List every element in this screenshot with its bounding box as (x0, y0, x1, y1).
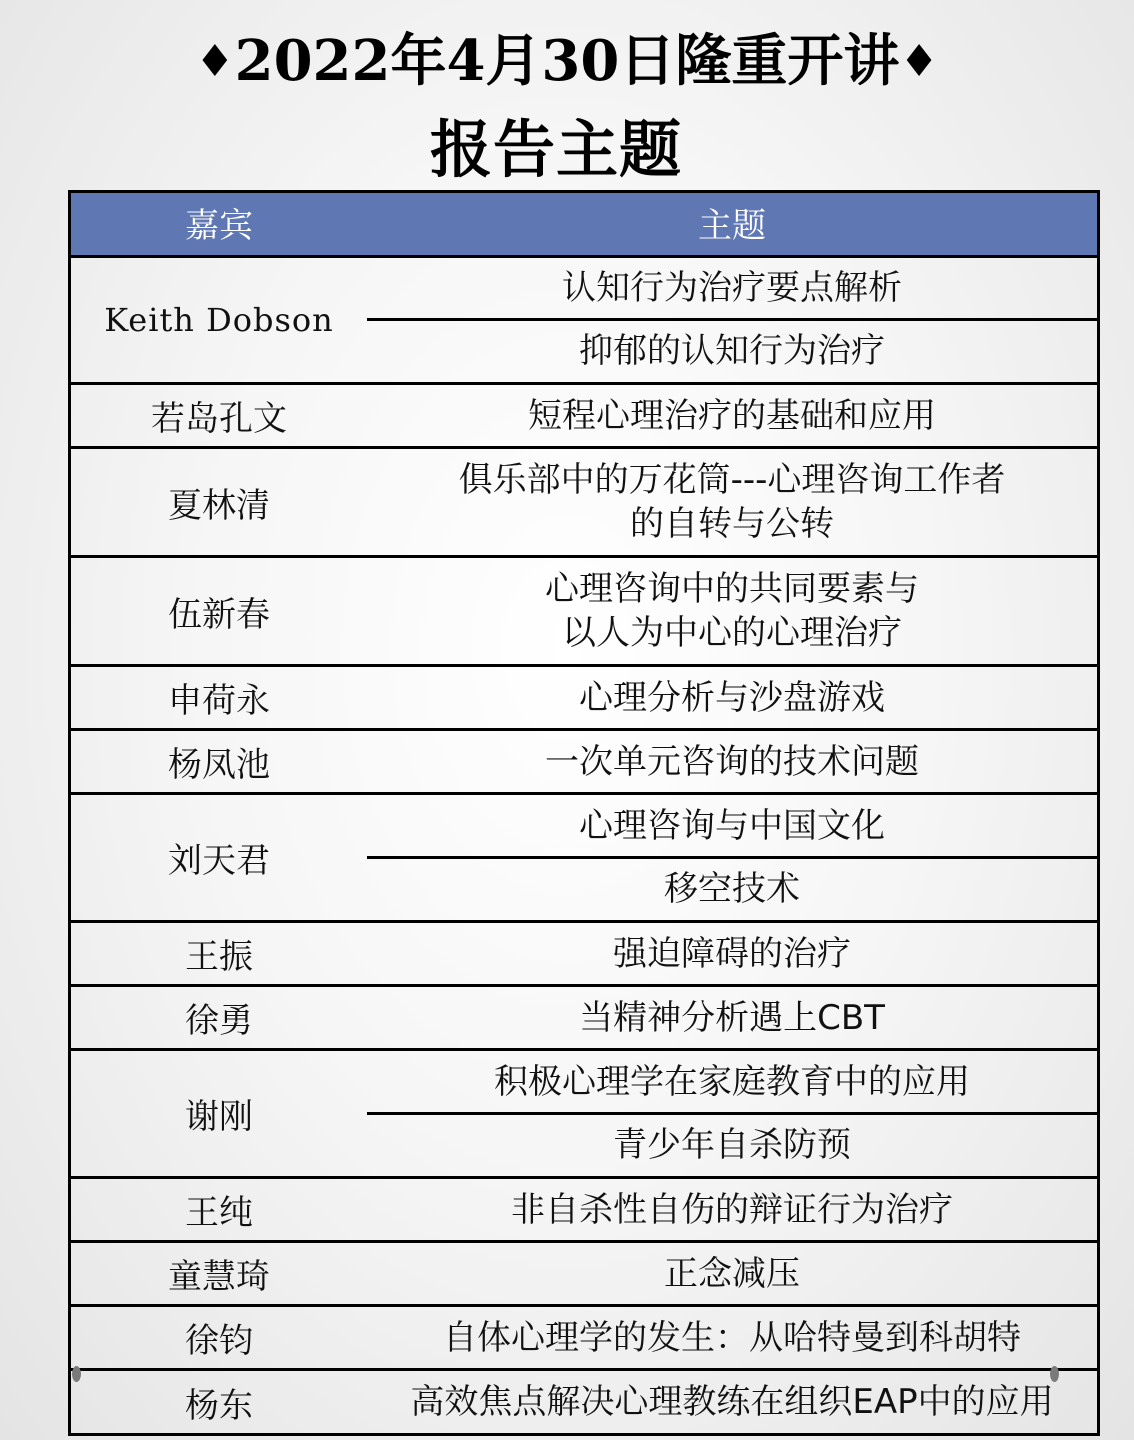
topic-cell: 短程心理治疗的基础和应用 (367, 385, 1097, 446)
topic-cell: 正念减压 (367, 1243, 1097, 1304)
guest-name: 王纯 (71, 1179, 367, 1240)
table-row: 夏林清 俱乐部中的万花筒---心理咨询工作者 的自转与公转 (71, 449, 1097, 558)
table-row: 童慧琦 正念减压 (71, 1243, 1097, 1307)
column-header-topic: 主题 (367, 193, 1097, 255)
topic-cell: 俱乐部中的万花筒---心理咨询工作者 的自转与公转 (367, 449, 1097, 555)
schedule-table: 嘉宾 主题 Keith Dobson 认知行为治疗要点解析 抑郁的认知行为治疗 … (68, 190, 1100, 1436)
resize-handle-icon (72, 1366, 81, 1382)
title-text: 2022年4月30日隆重开讲 (235, 28, 900, 94)
topic-cell: 抑郁的认知行为治疗 (367, 320, 1097, 383)
topic-cell: 一次单元咨询的技术问题 (367, 731, 1097, 792)
table-row: Keith Dobson 认知行为治疗要点解析 抑郁的认知行为治疗 (71, 257, 1097, 385)
topic-cell: 积极心理学在家庭教育中的应用 (367, 1051, 1097, 1114)
table-row: 杨东 高效焦点解决心理教练在组织EAP中的应用 (71, 1371, 1097, 1433)
table-row: 王纯 非自杀性自伤的辩证行为治疗 (71, 1179, 1097, 1243)
guest-name: 徐钧 (71, 1307, 367, 1368)
guest-name: 申荷永 (71, 667, 367, 728)
table-row: 王振 强迫障碍的治疗 (71, 923, 1097, 987)
topic-cell: 当精神分析遇上CBT (367, 987, 1097, 1048)
guest-name: 杨东 (71, 1371, 367, 1433)
guest-name: 徐勇 (71, 987, 367, 1048)
guest-name: 谢刚 (71, 1051, 367, 1176)
topic-cell: 青少年自杀防预 (367, 1114, 1097, 1177)
guest-name: 王振 (71, 923, 367, 984)
guest-name: 杨凤池 (71, 731, 367, 792)
topic-cell: 强迫障碍的治疗 (367, 923, 1097, 984)
page-title: ♦2022年4月30日隆重开讲♦ (0, 26, 1134, 97)
table-row: 徐勇 当精神分析遇上CBT (71, 987, 1097, 1051)
table-row: 谢刚 积极心理学在家庭教育中的应用 青少年自杀防预 (71, 1051, 1097, 1179)
topic-cell: 自体心理学的发生：从哈特曼到科胡特 (367, 1307, 1097, 1368)
guest-name: 伍新春 (71, 558, 367, 664)
table-row: 徐钧 自体心理学的发生：从哈特曼到科胡特 (71, 1307, 1097, 1371)
guest-name: 刘天君 (71, 795, 367, 920)
topic-cell: 高效焦点解决心理教练在组织EAP中的应用 (367, 1371, 1097, 1433)
diamond-icon: ♦ (195, 36, 234, 87)
topic-cell: 移空技术 (367, 858, 1097, 921)
topic-cell: 心理分析与沙盘游戏 (367, 667, 1097, 728)
topic-cell: 心理咨询中的共同要素与 以人为中心的心理治疗 (367, 558, 1097, 664)
table-header: 嘉宾 主题 (71, 193, 1097, 258)
topic-cell: 心理咨询与中国文化 (367, 795, 1097, 858)
diamond-icon: ♦ (899, 36, 938, 87)
topic-cell: 非自杀性自伤的辩证行为治疗 (367, 1179, 1097, 1240)
table-row: 申荷永 心理分析与沙盘游戏 (71, 667, 1097, 731)
resize-handle-icon (1050, 1366, 1059, 1382)
table-row: 刘天君 心理咨询与中国文化 移空技术 (71, 795, 1097, 923)
section-heading: 报告主题 (430, 112, 690, 188)
guest-name: Keith Dobson (71, 257, 367, 382)
table-row: 伍新春 心理咨询中的共同要素与 以人为中心的心理治疗 (71, 558, 1097, 667)
guest-name: 夏林清 (71, 449, 367, 555)
column-header-guest: 嘉宾 (71, 193, 367, 255)
table-row: 若岛孔文 短程心理治疗的基础和应用 (71, 385, 1097, 449)
guest-name: 童慧琦 (71, 1243, 367, 1304)
table-row: 杨凤池 一次单元咨询的技术问题 (71, 731, 1097, 795)
topic-cell: 认知行为治疗要点解析 (367, 257, 1097, 320)
guest-name: 若岛孔文 (71, 385, 367, 446)
